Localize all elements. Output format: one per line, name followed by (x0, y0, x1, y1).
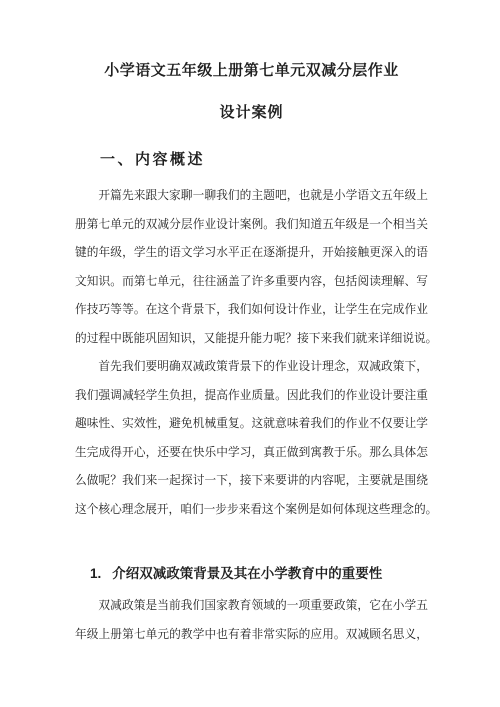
document-body: 小学语文五年级上册第七单元双减分层作业 设计案例 一、内容概述 开篇先来跟大家聊… (0, 60, 500, 649)
paragraph-line: 键的年级，学生的语文学习水平正在逐渐提升，开始接触更深入的语 (75, 239, 428, 268)
paragraph-line: 我们强调减轻学生负担，提高作业质量。因此我们的作业设计要注重 (75, 382, 428, 411)
paragraph: 双减政策是当前我们国家教育领域的一项重要政策，它在小学五 年级上册第七单元的教学… (75, 592, 428, 649)
paragraph-line: 双减政策是当前我们国家教育领域的一项重要政策，它在小学五 (75, 592, 428, 621)
list-item-heading-text: 介绍双减政策背景及其在小学教育中的重要性 (112, 566, 382, 581)
paragraph: 首先我们要明确双减政策背景下的作业设计理念，双减政策下， 我们强调减轻学生负担，… (75, 353, 428, 524)
paragraph-line: 的过程中既能巩固知识，又能提升能力呢？接下来我们就来详细说说。 (75, 325, 428, 354)
paragraph-line: 年级上册第七单元的教学中也有着非常实际的应用。双减顾名思义， (75, 621, 428, 650)
paragraph-line: 这个核心理念展开，咱们一步步来看这个案例是如何体现这些理念的。 (75, 496, 428, 525)
paragraph-line: 么做呢？我们来一起探讨一下，接下来要讲的内容呢，主要就是围绕 (75, 467, 428, 496)
paragraph-line: 册第七单元的双减分层作业设计案例。我们知道五年级是一个相当关 (75, 211, 428, 240)
paragraph: 开篇先来跟大家聊一聊我们的主题吧，也就是小学语文五年级上 册第七单元的双减分层作… (75, 182, 428, 353)
paragraph-line: 作技巧等等。在这个背景下，我们如何设计作业，让学生在完成作业 (75, 296, 428, 325)
numbered-list-heading: 1.介绍双减政策背景及其在小学教育中的重要性 (90, 564, 428, 584)
document-page: 小学语文五年级上册第七单元双减分层作业 设计案例 一、内容概述 开篇先来跟大家聊… (0, 0, 500, 707)
document-title-line-1: 小学语文五年级上册第七单元双减分层作业 (75, 60, 428, 81)
paragraph-line: 文知识。而第七单元，往往涵盖了许多重要内容，包括阅读理解、写 (75, 268, 428, 297)
paragraph-line: 首先我们要明确双减政策背景下的作业设计理念，双减政策下， (75, 353, 428, 382)
section-heading: 一、内容概述 (100, 150, 428, 170)
document-title-line-2: 设计案例 (75, 102, 428, 123)
list-item-number: 1. (90, 564, 101, 584)
paragraph-line: 生完成得开心，还要在快乐中学习，真正做到寓教于乐。那么具体怎 (75, 439, 428, 468)
paragraph-line: 趣味性、实效性，避免机械重复。这就意味着我们的作业不仅要让学 (75, 410, 428, 439)
paragraph-line: 开篇先来跟大家聊一聊我们的主题吧，也就是小学语文五年级上 (75, 182, 428, 211)
